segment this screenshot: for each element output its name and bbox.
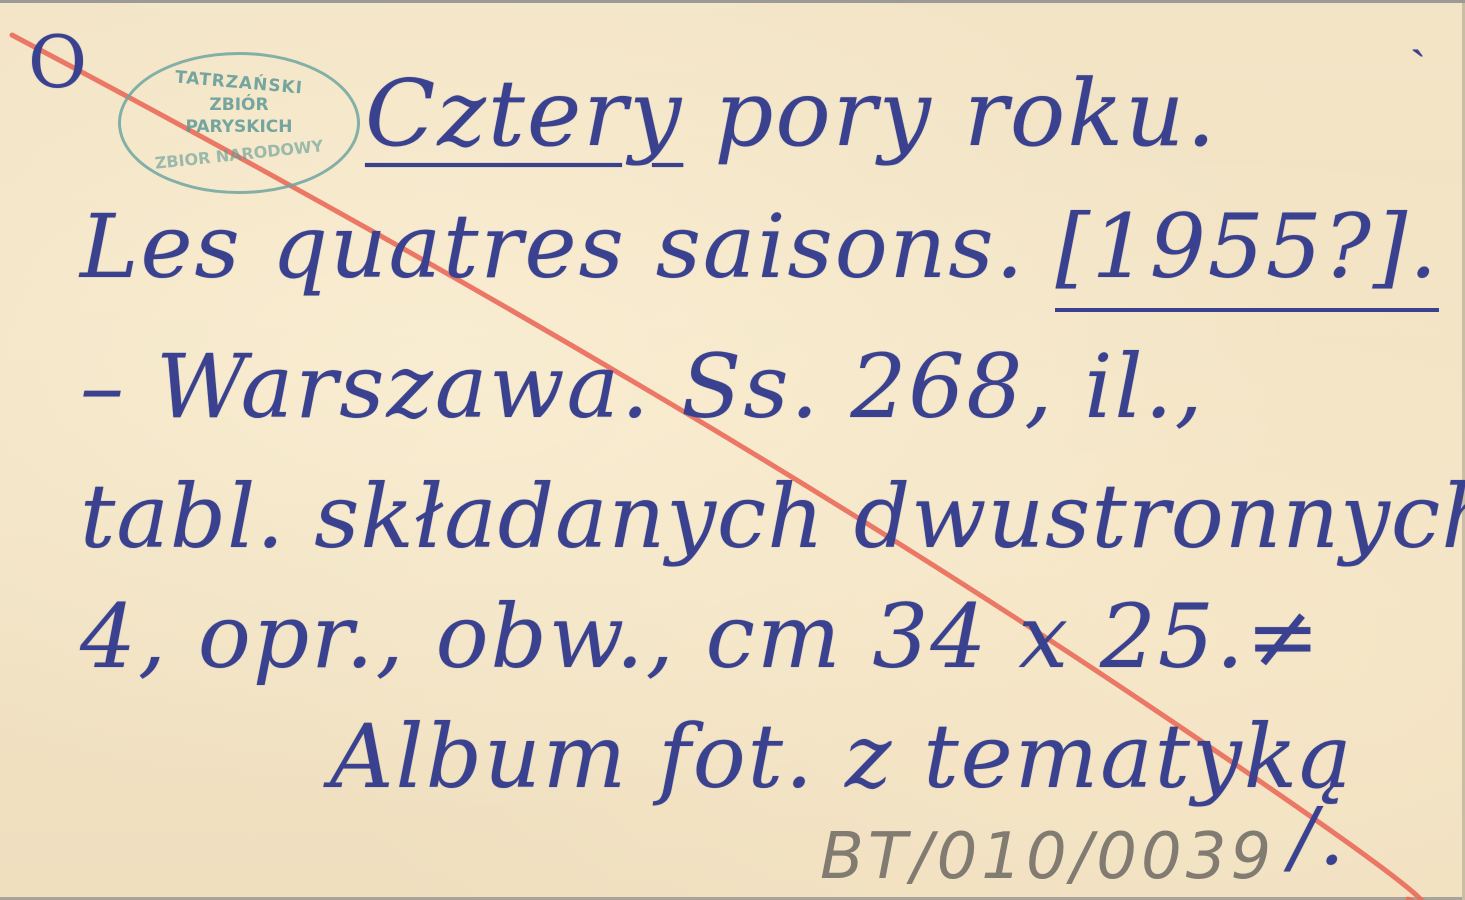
- note: Album fot. z tematyką: [330, 705, 1354, 808]
- stamp-line-4: ZBIOR NARODOWY: [121, 133, 358, 177]
- place-and-pages: – Warszawa. Ss. 268, il.,: [80, 335, 1205, 438]
- stamp-line-2: ZBIÓR: [121, 95, 357, 115]
- check-tick-icon: ˏ: [1410, 2, 1428, 58]
- stamp-line-3: PARYSKICH: [121, 117, 357, 137]
- library-stamp: TATRZAŃSKI ZBIÓR PARYSKICH ZBIOR NARODOW…: [118, 52, 360, 194]
- format-description: 4, opr., obw., cm 34 x 25.≠: [80, 585, 1322, 688]
- end-mark: /.: [1290, 790, 1346, 883]
- title-underlined-word: Cztery: [365, 60, 683, 167]
- plates-description: tabl. składanych dwustronnych: [80, 465, 1465, 568]
- title-polish: Cztery pory roku.: [365, 60, 1218, 167]
- title-french: Les quatres saisons. [1955?].: [80, 195, 1439, 312]
- catalog-card: O ˏ TATRZAŃSKI ZBIÓR PARYSKICH ZBIOR NAR…: [0, 0, 1465, 900]
- shelfmark: BT/010/0039: [820, 820, 1275, 894]
- publication-year: [1955?].: [1055, 195, 1439, 312]
- corner-mark: O: [28, 20, 89, 104]
- title-rest: pory roku.: [683, 60, 1217, 167]
- french-title-text: Les quatres saisons.: [80, 195, 1055, 298]
